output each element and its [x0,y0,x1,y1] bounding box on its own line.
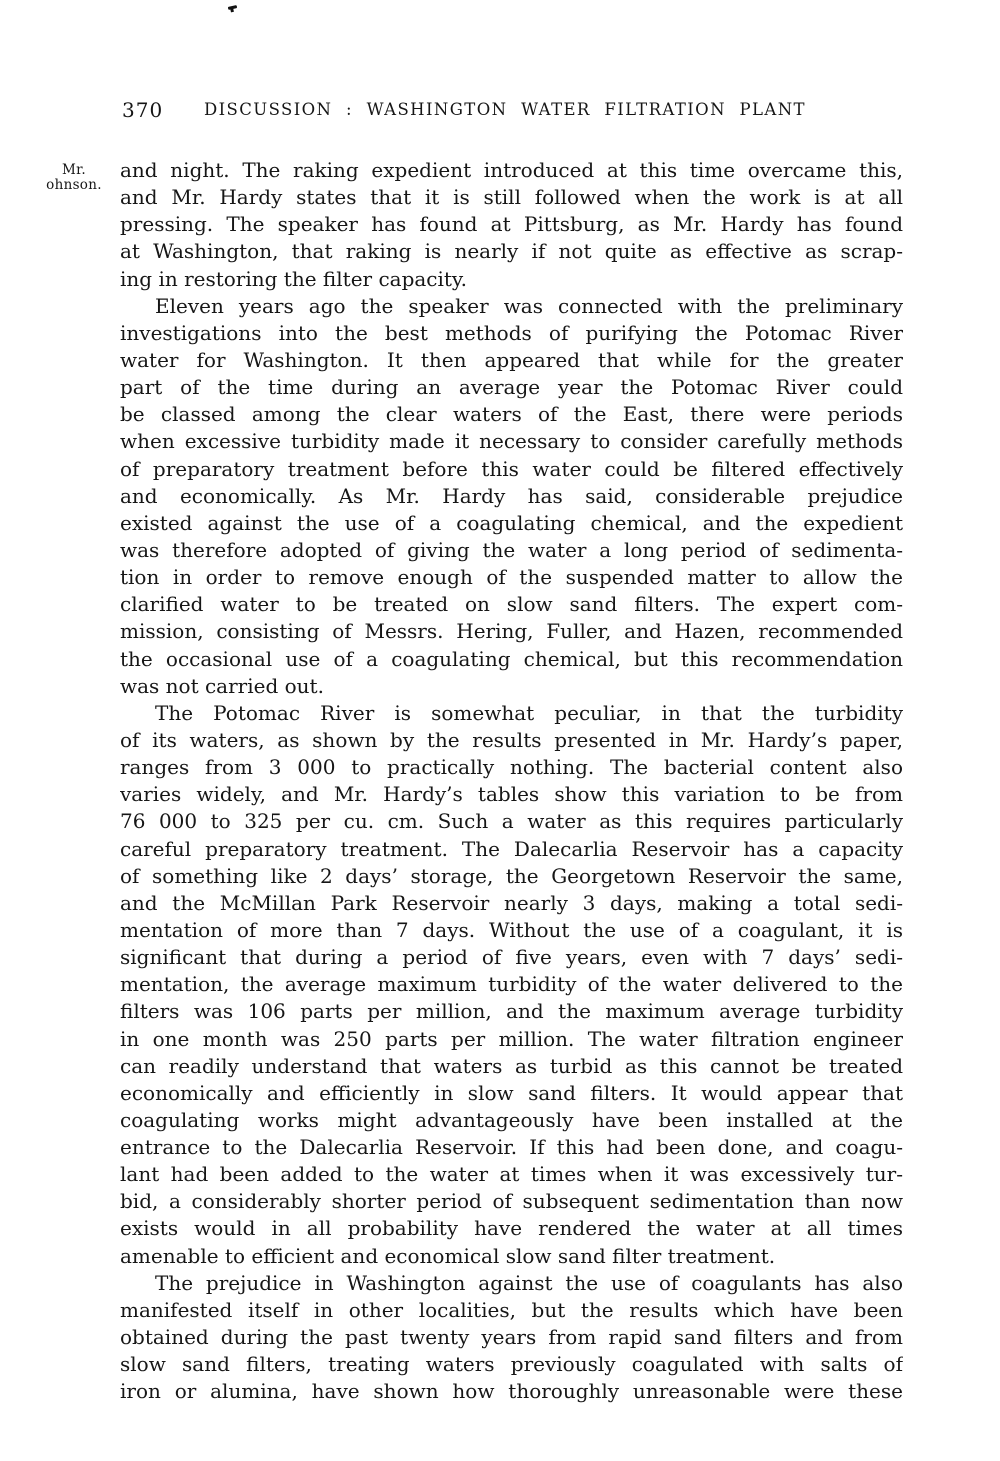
text-line: economically and efficiently in slow san… [120,1080,903,1107]
scanned-book-page: 370 DISCUSSION : WASHINGTON WATER FILTRA… [0,0,1000,1461]
text-line: was not carried out. [120,673,903,700]
text-line: and night. The raking expedient introduc… [120,157,903,184]
ink-speck [228,5,237,10]
text-line: filters was 106 parts per million, and t… [120,998,903,1025]
text-line: bid, a considerably shorter period of su… [120,1188,903,1215]
text-line: be classed among the clear waters of the… [120,401,903,428]
text-line: The Potomac River is somewhat peculiar, … [120,700,903,727]
text-line: and the McMillan Park Reservoir nearly 3… [120,890,903,917]
text-line: at Washington, that raking is nearly if … [120,238,903,265]
text-line: water for Washington. It then appeared t… [120,347,903,374]
text-line: existed against the use of a coagulating… [120,510,903,537]
text-line: can readily understand that waters as tu… [120,1053,903,1080]
text-line: mission, consisting of Messrs. Hering, F… [120,618,903,645]
text-line: significant that during a period of five… [120,944,903,971]
text-line: investigations into the best methods of … [120,320,903,347]
text-line: slow sand filters, treating waters previ… [120,1351,903,1378]
text-line: when excessive turbidity made it necessa… [120,428,903,455]
running-title: DISCUSSION : WASHINGTON WATER FILTRATION… [204,100,806,119]
text-line: iron or alumina, have shown how thorough… [120,1378,903,1405]
text-line: careful preparatory treatment. The Dalec… [120,836,903,863]
body-text: and night. The raking expedient introduc… [120,157,903,1405]
margin-note-speaker: Mr. ohnson. [34,163,114,192]
text-line: manifested itself in other localities, b… [120,1297,903,1324]
page-number: 370 [122,98,163,122]
text-line: pressing. The speaker has found at Pitts… [120,211,903,238]
text-line: varies widely, and Mr. Hardy’s tables sh… [120,781,903,808]
text-line: the occasional use of a coagulating chem… [120,646,903,673]
text-line: mentation of more than 7 days. Without t… [120,917,903,944]
text-line: entrance to the Dalecarlia Reservoir. If… [120,1134,903,1161]
text-line: was therefore adopted of giving the wate… [120,537,903,564]
text-line: ranges from 3 000 to practically nothing… [120,754,903,781]
text-line: and Mr. Hardy states that it is still fo… [120,184,903,211]
text-line: and economically. As Mr. Hardy has said,… [120,483,903,510]
text-line: coagulating works might advantageously h… [120,1107,903,1134]
text-line: lant had been added to the water at time… [120,1161,903,1188]
text-line: exists would in all probability have ren… [120,1215,903,1242]
text-line: amenable to efficient and economical slo… [120,1243,903,1270]
text-line: Eleven years ago the speaker was connect… [120,293,903,320]
text-line: of something like 2 days’ storage, the G… [120,863,903,890]
text-line: obtained during the past twenty years fr… [120,1324,903,1351]
margin-note-line: Mr. [34,163,114,178]
text-line: The prejudice in Washington against the … [120,1270,903,1297]
text-line: ing in restoring the filter capacity. [120,266,903,293]
text-line: tion in order to remove enough of the su… [120,564,903,591]
text-line: of its waters, as shown by the results p… [120,727,903,754]
text-line: of preparatory treatment before this wat… [120,456,903,483]
text-line: mentation, the average maximum turbidity… [120,971,903,998]
margin-note-line: ohnson. [34,178,114,193]
text-line: in one month was 250 parts per million. … [120,1026,903,1053]
text-line: clarified water to be treated on slow sa… [120,591,903,618]
text-line: 76 000 to 325 per cu. cm. Such a water a… [120,808,903,835]
text-line: part of the time during an average year … [120,374,903,401]
